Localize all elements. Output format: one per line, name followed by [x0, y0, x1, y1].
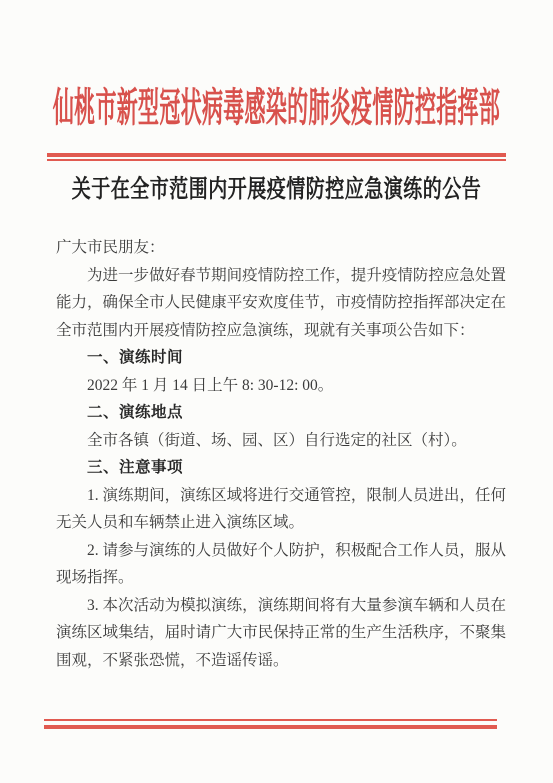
section-3-item-2: 2. 请参与演练的人员做好个人防护，积极配合工作人员，服从现场指挥。 [56, 537, 506, 592]
salutation: 广大市民朋友： [56, 234, 506, 262]
section-1-time-paragraph: 2022 年 1 月 14 日上午 8: 30-12: 00。 [56, 372, 506, 400]
section-1-heading: 一、演练时间 [56, 344, 506, 372]
section-3-item-3: 3. 本次活动为模拟演练，演练期间将有大量参演车辆和人员在演练区域集结，届时请广… [56, 592, 506, 675]
red-letterhead: 仙桃市新型冠状病毒感染的肺炎疫情防控指挥部 [0, 76, 553, 136]
section-3-item-1: 1. 演练期间，演练区域将进行交通管控，限制人员进出，任何无关人员和车辆禁止进入… [56, 482, 506, 537]
section-2-heading: 二、演练地点 [56, 399, 506, 427]
section-2-location-paragraph: 全市各镇（街道、场、园、区）自行选定的社区（村）。 [56, 427, 506, 455]
footer-divider-rule [44, 719, 497, 729]
scanned-notice-page: 仙桃市新型冠状病毒感染的肺炎疫情防控指挥部 关于在全市范围内开展疫情防控应急演练… [0, 0, 553, 783]
intro-paragraph: 为进一步做好春节期间疫情防控工作，提升疫情防控应急处置能力，确保全市人民健康平安… [56, 262, 506, 345]
letterhead-org-title: 仙桃市新型冠状病毒感染的肺炎疫情防控指挥部 [53, 78, 500, 135]
section-3-heading: 三、注意事项 [56, 454, 506, 482]
document-title-wrap: 关于在全市范围内开展疫情防控应急演练的公告 [0, 168, 553, 206]
document-body: 广大市民朋友： 为进一步做好春节期间疫情防控工作，提升疫情防控应急处置能力，确保… [56, 234, 506, 674]
document-title: 关于在全市范围内开展疫情防控应急演练的公告 [72, 169, 482, 204]
letterhead-divider-rule [47, 153, 506, 161]
